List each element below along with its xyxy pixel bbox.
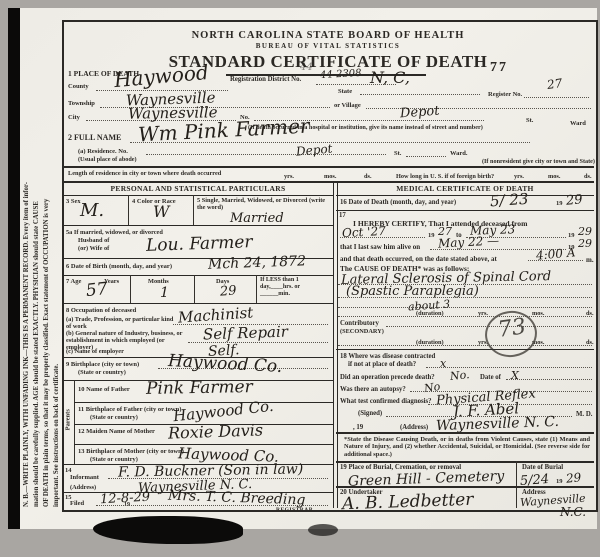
handwritten-age-months: 1	[160, 286, 169, 300]
margin-line: OF DEATH in plain terms, so that it may …	[42, 55, 52, 507]
rule	[336, 432, 594, 434]
residence-label: (a) Residence. No.	[78, 148, 128, 155]
margin-line: mation should be carefully supplied. AGE…	[32, 55, 42, 507]
medical-header: MEDICAL CERTIFICATE OF DEATH	[338, 185, 592, 194]
duration-line	[338, 316, 592, 317]
handwritten-physician-address: Waynesville N. C.	[436, 415, 559, 433]
nonresident-note: (If nonresident give city or town and St…	[470, 158, 595, 165]
year-print: 19	[556, 478, 563, 485]
handwritten-state: N, C,	[370, 70, 410, 86]
district-label: Registration District No.	[230, 76, 301, 84]
state-label: State	[338, 88, 352, 95]
residence-st-label: St.	[394, 150, 401, 157]
sex-label: 3 Sex	[66, 198, 81, 205]
handwritten-spouse: Lou. Farmer	[146, 234, 253, 255]
age-label: 7 Age	[66, 278, 81, 285]
handwritten-last-saw-year: 29	[578, 238, 592, 249]
rule	[336, 461, 594, 463]
handwritten-father-name: Pink Farmer	[146, 379, 253, 398]
ds-label: ds.	[584, 173, 592, 180]
handwritten-autopsy: No	[423, 381, 441, 394]
rule	[74, 402, 333, 403]
death-occurred-label: and that death occurred, on the date sta…	[340, 255, 497, 263]
margin-line: N. B.—WRITE PLAINLY, WITH UNFADING INK—T…	[22, 55, 32, 507]
residence-ward-label: Ward.	[450, 150, 468, 157]
spouse-sub2: (or) Wife of	[78, 245, 109, 252]
handwritten-residence: Depot	[296, 142, 333, 157]
residence-st-line	[406, 156, 446, 157]
margin-line: important. See instructions on back of c…	[52, 55, 62, 507]
where-contracted-label2: if not at place of death?	[348, 361, 416, 369]
handwritten-age-years: 57	[85, 281, 108, 300]
birth-label: 6 Date of Birth (month, day, and year)	[66, 263, 172, 270]
handwritten-district-over: 44	[300, 63, 313, 73]
handwritten-undertaker: A. B. Ledbetter	[342, 492, 474, 514]
handwritten-marital: Married	[230, 212, 284, 225]
secondary-label: (SECONDARY)	[340, 328, 384, 335]
duration2-line	[338, 345, 592, 346]
register-no-label: Register No.	[488, 91, 522, 98]
informant-address-label: (Address)	[70, 484, 96, 491]
register-line	[524, 97, 589, 98]
signed-label: (Signed)	[358, 410, 382, 418]
yrs-label: yrs.	[284, 173, 294, 180]
foreign-birth-label: How long in U. S. if of foreign birth?	[396, 173, 494, 180]
township-label: Township	[68, 100, 95, 107]
contributory-label: Contributory	[340, 320, 379, 328]
mos-label: mos.	[324, 173, 336, 180]
registrar-label: REGISTRAR	[276, 507, 313, 513]
death-date-label: 16 Date of Death (month, day, and year)	[340, 199, 456, 207]
certificate-paper: N. B.—WRITE PLAINLY, WITH UNFADING INK—T…	[8, 8, 597, 529]
ds-label: ds.	[364, 173, 372, 180]
cause-line2	[338, 297, 592, 298]
handwritten-burial-year: 29	[565, 471, 581, 485]
year-print: 19	[428, 232, 435, 239]
scan-smudge	[93, 516, 243, 544]
handwritten-occupation-b: Self Repair	[203, 325, 288, 343]
state-line	[360, 94, 480, 95]
marital-label: 5 Single, Married, Widowed, or Divorced …	[197, 197, 329, 211]
length-residence-label: Length of residence in city or town wher…	[68, 170, 268, 177]
from-line	[340, 237, 425, 238]
m-label: m.	[586, 256, 594, 264]
mother-name-label: 12 Maiden Name of Mother	[78, 428, 155, 435]
rule	[336, 486, 594, 488]
filed-label: Filed	[70, 500, 84, 507]
village-label: or Village	[334, 102, 361, 109]
cause-line3	[338, 307, 592, 308]
spouse-sub1: Husband of	[78, 237, 109, 244]
stamp-73: 73	[497, 316, 528, 342]
mos-label: mos.	[548, 173, 560, 180]
handwritten-undertaker-address-2: N.C.	[560, 506, 586, 518]
age-less-label: If LESS than 1 day,____hrs. or ______min…	[260, 277, 330, 298]
rule	[62, 303, 333, 304]
yrs-label: yrs.	[514, 173, 524, 180]
occupation-a-label: (a) Trade, Profession, or particular kin…	[66, 316, 176, 330]
time-line	[528, 260, 583, 261]
rule	[336, 349, 594, 350]
rule	[62, 181, 594, 183]
scan-smudge-small	[308, 524, 338, 536]
bureau-name: BUREAU OF VITAL STATISTICS	[108, 42, 548, 50]
handwritten-to-year: 29	[578, 226, 592, 237]
birthplace-sub: (State or country)	[78, 369, 126, 376]
city-label: City	[68, 114, 80, 121]
board-name: NORTH CAROLINA STATE BOARD OF HEALTH	[108, 30, 548, 42]
handwritten-operation: No.	[449, 369, 470, 382]
handwritten-street: Depot	[400, 105, 440, 121]
scan-edge-artifact	[8, 8, 20, 529]
year-print: 19	[568, 232, 575, 239]
handwritten-sex: M.	[80, 202, 104, 220]
operation-label: Did an operation precede death?	[340, 374, 435, 382]
occupation-label: 8 Occupation of deceased	[66, 307, 136, 314]
md-label: M. D.	[576, 411, 592, 419]
mother-birthplace-sub: (State or country)	[90, 456, 138, 463]
stamp-number: 77	[490, 60, 508, 76]
rule	[62, 225, 333, 226]
father-name-label: 10 Name of Father	[78, 386, 130, 393]
where-contracted-label: 18 Where was disease contracted	[340, 353, 435, 361]
father-birthplace-sub: (State or country)	[90, 414, 138, 421]
rule	[336, 195, 594, 196]
informant-label: Informant	[70, 474, 99, 481]
date-of-label: Date of	[480, 374, 501, 382]
scanned-death-certificate: N. B.—WRITE PLAINLY, WITH UNFADING INK—T…	[0, 0, 600, 557]
margin-instructions: N. B.—WRITE PLAINLY, WITH UNFADING INK—T…	[22, 55, 62, 507]
full-name-label: 2 FULL NAME	[68, 133, 121, 142]
handwritten-race: W	[153, 204, 169, 220]
personal-header: PERSONAL AND STATISTICAL PARTICULARS	[64, 185, 332, 194]
handwritten-age-days: 29	[220, 284, 237, 298]
cause-footnote: *State the Disease Causing Death, or in …	[344, 436, 590, 458]
handwritten-death-year: 29	[565, 193, 583, 207]
death-date-year-print: 19	[556, 200, 563, 207]
handwritten-death-date: 5/ 23	[490, 192, 529, 210]
mother-birthplace-label: 13 Birthplace of Mother (city or town)	[78, 448, 184, 455]
burial-date-label: Date of Burial	[522, 464, 563, 472]
certify-number: 17	[339, 212, 346, 220]
filed-line	[96, 505, 328, 506]
test-label: What test confirmed diagnosis?	[340, 398, 432, 406]
handwritten-last-saw: May 22 —	[438, 234, 500, 249]
handwritten-birth-date: Mch 24, 1872	[208, 254, 306, 271]
father-birthplace-label: 11 Birthplace of Father (city or town)	[78, 406, 181, 413]
autopsy-label: Was there an autopsy?	[340, 386, 406, 394]
burial-divider	[516, 461, 517, 508]
handwritten-register-no: 27	[546, 77, 563, 91]
rule	[62, 166, 594, 168]
address-label: (Address)	[400, 424, 428, 432]
residence-line	[146, 154, 386, 155]
abode-note: (Usual place of abode)	[78, 156, 137, 163]
county-label: County	[68, 83, 89, 90]
occupation-c-label: (c) Name of employer	[66, 348, 124, 355]
rule	[336, 210, 594, 211]
handwritten-mother-name: Roxie Davis	[168, 422, 264, 441]
address-year-label: , 19	[353, 424, 363, 432]
last-saw-label: that I last saw him alive on	[340, 243, 420, 251]
parents-label: Parents	[64, 400, 71, 440]
where-line	[426, 367, 592, 368]
birthplace-label: 9 Birthplace (city or town)	[66, 361, 139, 368]
operation-line	[506, 379, 592, 380]
